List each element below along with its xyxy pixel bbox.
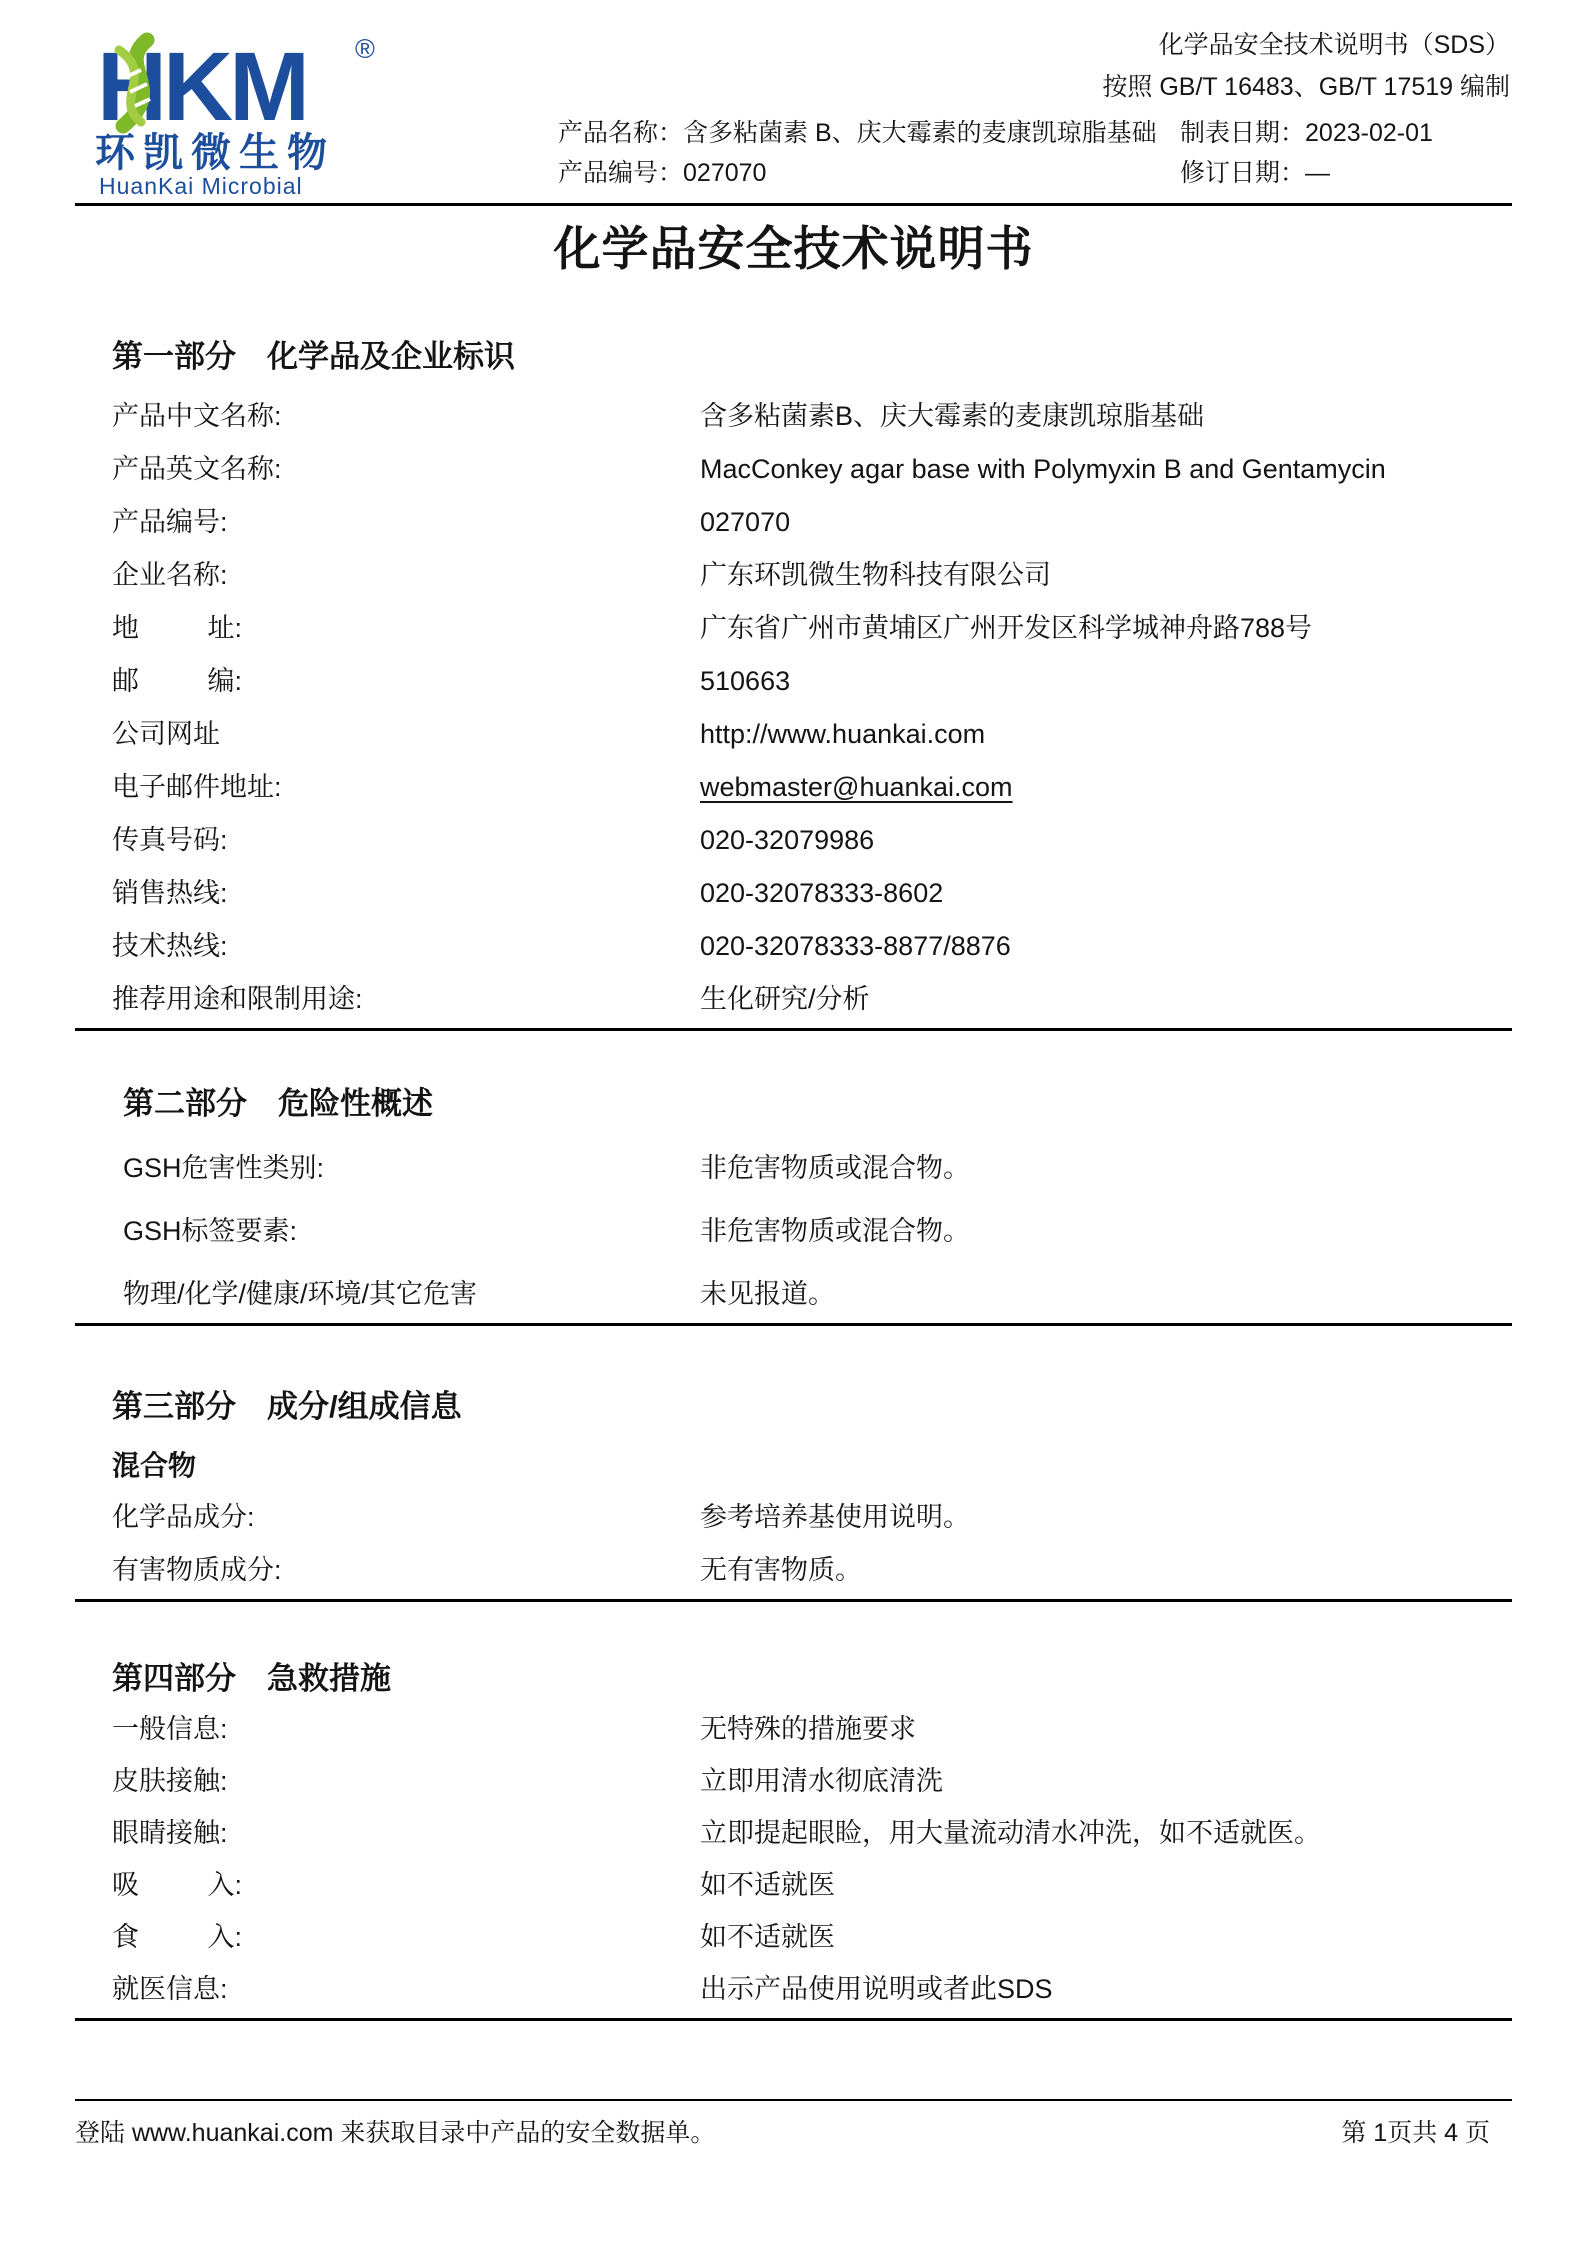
field-label: GSH危害性类别: xyxy=(123,1151,700,1185)
field-value: 020-32078333-8602 xyxy=(700,876,943,910)
field-row: 物理/化学/健康/环境/其它危害未见报道。 xyxy=(75,1277,1512,1311)
field-value: http://www.huankai.com xyxy=(700,717,985,751)
field-label-split: 吸入: xyxy=(112,1868,242,1902)
field-label: 邮编: xyxy=(112,664,700,698)
header-date: 制表日期：2023-02-01 xyxy=(1180,118,1510,148)
field-row: 邮编:510663 xyxy=(75,664,1512,698)
field-row: GSH危害性类别:非危害物质或混合物。 xyxy=(75,1151,1512,1185)
header-revision: 修订日期：— xyxy=(1180,158,1510,188)
section-heading: 第二部分 危险性概述 xyxy=(75,1083,1512,1125)
field-row: 眼睛接触:立即提起眼睑，用大量流动清水冲洗，如不适就医。 xyxy=(75,1816,1512,1850)
section-rows: 产品中文名称:含多粘菌素B、庆大霉素的麦康凯琼脂基础产品英文名称:MacConk… xyxy=(75,399,1512,1016)
sds-document-page: HKM ® 环凯微生物 HuanKai Microbial 化学品安全技术说明书… xyxy=(0,0,1587,2245)
field-value: 非危害物质或混合物。 xyxy=(700,1151,970,1185)
field-value: 参考培养基使用说明。 xyxy=(700,1500,970,1534)
field-label: 产品英文名称: xyxy=(112,452,700,486)
field-value: 非危害物质或混合物。 xyxy=(700,1214,970,1248)
doc-type-line: 化学品安全技术说明书（SDS） xyxy=(558,30,1510,60)
company-logo: HKM ® 环凯微生物 HuanKai Microbial xyxy=(83,24,398,205)
field-label: 销售热线: xyxy=(112,876,700,910)
field-label: 食入: xyxy=(112,1920,700,1954)
field-label: 眼睛接触: xyxy=(112,1816,700,1850)
field-label-part: 编: xyxy=(207,664,242,698)
standard-line: 按照 GB/T 16483、GB/T 17519 编制 xyxy=(558,72,1510,102)
field-row: 传真号码:020-32079986 xyxy=(75,823,1512,857)
field-label-part: 吸 xyxy=(112,1868,139,1902)
page-title: 化学品安全技术说明书 xyxy=(75,222,1512,276)
field-label: 物理/化学/健康/环境/其它危害 xyxy=(123,1277,700,1311)
revision-label: 修订日期： xyxy=(1180,159,1305,187)
page-number: 第 1页共 4 页 xyxy=(1341,2117,1512,2149)
header-info-block: 化学品安全技术说明书（SDS） 按照 GB/T 16483、GB/T 17519… xyxy=(558,30,1510,188)
field-label-part: 地 xyxy=(112,611,139,645)
field-row: 公司网址http://www.huankai.com xyxy=(75,717,1512,751)
field-label: 产品中文名称: xyxy=(112,399,700,433)
field-row: 产品英文名称:MacConkey agar base with Polymyxi… xyxy=(75,452,1512,486)
field-row: 有害物质成分:无有害物质。 xyxy=(75,1553,1512,1587)
product-code-label: 产品编号： xyxy=(558,159,683,187)
field-row: 一般信息:无特殊的措施要求 xyxy=(75,1712,1512,1746)
field-row: GSH标签要素:非危害物质或混合物。 xyxy=(75,1214,1512,1248)
field-label-part: 入: xyxy=(207,1920,242,1954)
field-label: 电子邮件地址: xyxy=(112,770,700,804)
field-row: 就医信息:出示产品使用说明或者此SDS xyxy=(75,1972,1512,2006)
field-value: 含多粘菌素B、庆大霉素的麦康凯琼脂基础 xyxy=(700,399,1204,433)
field-label-split: 食入: xyxy=(112,1920,242,1954)
field-label-split: 地址: xyxy=(112,611,242,645)
field-value: 广东省广州市黄埔区广州开发区科学城神舟路788号 xyxy=(700,611,1312,645)
field-value: 无特殊的措施要求 xyxy=(700,1712,916,1746)
field-value: 020-32079986 xyxy=(700,823,874,857)
field-row: 皮肤接触:立即用清水彻底清洗 xyxy=(75,1764,1512,1798)
field-row: 电子邮件地址:webmaster@huankai.com xyxy=(75,770,1512,804)
field-row: 吸入:如不适就医 xyxy=(75,1868,1512,1902)
field-row: 化学品成分:参考培养基使用说明。 xyxy=(75,1500,1512,1534)
section-heading: 第一部分 化学品及企业标识 xyxy=(75,336,1512,378)
field-label-part: 邮 xyxy=(112,664,139,698)
field-label: 吸入: xyxy=(112,1868,700,1902)
field-row: 地址:广东省广州市黄埔区广州开发区科学城神舟路788号 xyxy=(75,611,1512,645)
date-value: 2023-02-01 xyxy=(1305,119,1433,147)
field-value: 027070 xyxy=(700,505,790,539)
field-value: 生化研究/分析 xyxy=(700,982,870,1016)
field-value: 出示产品使用说明或者此SDS xyxy=(700,1972,1053,2006)
field-label: 就医信息: xyxy=(112,1972,700,2006)
field-row: 产品中文名称:含多粘菌素B、庆大霉素的麦康凯琼脂基础 xyxy=(75,399,1512,433)
header-row-product-name: 产品名称：含多粘菌素 B、庆大霉素的麦康凯琼脂基础 制表日期：2023-02-0… xyxy=(558,118,1510,148)
section-hazard-overview: 第二部分 危险性概述 GSH危害性类别:非危害物质或混合物。GSH标签要素:非危… xyxy=(75,1083,1512,1326)
section-rows: GSH危害性类别:非危害物质或混合物。GSH标签要素:非危害物质或混合物。物理/… xyxy=(75,1151,1512,1311)
field-value: 020-32078333-8877/8876 xyxy=(700,929,1011,963)
field-label: 产品编号: xyxy=(112,505,700,539)
field-label-part: 入: xyxy=(207,1868,242,1902)
field-value: 未见报道。 xyxy=(700,1277,835,1311)
field-label: 有害物质成分: xyxy=(112,1553,700,1587)
field-value: 510663 xyxy=(700,664,790,698)
date-label: 制表日期： xyxy=(1180,119,1305,147)
field-label-split: 邮编: xyxy=(112,664,242,698)
field-value: 广东环凯微生物科技有限公司 xyxy=(700,558,1051,592)
field-row: 企业名称:广东环凯微生物科技有限公司 xyxy=(75,558,1512,592)
field-row: 食入:如不适就医 xyxy=(75,1920,1512,1954)
field-label: 推荐用途和限制用途: xyxy=(112,982,700,1016)
header-row-product-code: 产品编号：027070 修订日期：— xyxy=(558,158,1510,188)
hkm-logo-graphic: HKM ® 环凯微生物 HuanKai Microbial xyxy=(83,24,398,200)
section-chemical-and-company-identification: 第一部分 化学品及企业标识 产品中文名称:含多粘菌素B、庆大霉素的麦康凯琼脂基础… xyxy=(75,336,1512,1031)
field-label: 企业名称: xyxy=(112,558,700,592)
field-value: 如不适就医 xyxy=(700,1868,835,1902)
section-rows: 一般信息:无特殊的措施要求皮肤接触:立即用清水彻底清洗眼睛接触:立即提起眼睑，用… xyxy=(75,1712,1512,2006)
header-product-code: 产品编号：027070 xyxy=(558,158,1180,188)
product-code-value: 027070 xyxy=(683,159,766,187)
field-value: 立即用清水彻底清洗 xyxy=(700,1764,943,1798)
field-row: 推荐用途和限制用途:生化研究/分析 xyxy=(75,982,1512,1016)
field-row: 销售热线:020-32078333-8602 xyxy=(75,876,1512,910)
page-footer: 登陆 www.huankai.com 来获取目录中产品的安全数据单。 第 1页共… xyxy=(75,2099,1512,2149)
document-header: HKM ® 环凯微生物 HuanKai Microbial 化学品安全技术说明书… xyxy=(75,0,1512,206)
logo-en-name: HuanKai Microbial xyxy=(99,173,303,199)
field-label-part: 址: xyxy=(207,611,242,645)
field-label: 地址: xyxy=(112,611,700,645)
product-name-value: 含多粘菌素 B、庆大霉素的麦康凯琼脂基础 xyxy=(683,119,1157,147)
field-label: 一般信息: xyxy=(112,1712,700,1746)
registered-trademark-icon: ® xyxy=(355,34,375,64)
field-value: MacConkey agar base with Polymyxin B and… xyxy=(700,452,1386,486)
logo-cn-name: 环凯微生物 xyxy=(95,131,335,175)
section-composition-information: 第三部分 成分/组成信息 混合物 化学品成分:参考培养基使用说明。有害物质成分:… xyxy=(75,1386,1512,1602)
field-value: 立即提起眼睑，用大量流动清水冲洗，如不适就医。 xyxy=(700,1816,1321,1850)
field-label: 技术热线: xyxy=(112,929,700,963)
section-rows: 化学品成分:参考培养基使用说明。有害物质成分:无有害物质。 xyxy=(75,1500,1512,1587)
field-label-part: 食 xyxy=(112,1920,139,1954)
field-value: 如不适就医 xyxy=(700,1920,835,1954)
field-label: 传真号码: xyxy=(112,823,700,857)
header-product-name: 产品名称：含多粘菌素 B、庆大霉素的麦康凯琼脂基础 xyxy=(558,118,1180,148)
revision-value: — xyxy=(1305,159,1330,187)
field-row: 产品编号:027070 xyxy=(75,505,1512,539)
product-name-label: 产品名称： xyxy=(558,119,683,147)
section-subheading: 混合物 xyxy=(75,1448,1512,1484)
email-link[interactable]: webmaster@huankai.com xyxy=(700,770,1013,804)
field-label: 化学品成分: xyxy=(112,1500,700,1534)
field-row: 技术热线:020-32078333-8877/8876 xyxy=(75,929,1512,963)
field-label: 皮肤接触: xyxy=(112,1764,700,1798)
field-label: GSH标签要素: xyxy=(123,1214,700,1248)
section-heading: 第四部分 急救措施 xyxy=(75,1658,1512,1700)
section-first-aid-measures: 第四部分 急救措施 一般信息:无特殊的措施要求皮肤接触:立即用清水彻底清洗眼睛接… xyxy=(75,1658,1512,2021)
field-value: 无有害物质。 xyxy=(700,1553,862,1587)
field-label: 公司网址 xyxy=(112,717,700,751)
section-heading: 第三部分 成分/组成信息 xyxy=(75,1386,1512,1428)
footer-note: 登陆 www.huankai.com 来获取目录中产品的安全数据单。 xyxy=(75,2117,715,2149)
